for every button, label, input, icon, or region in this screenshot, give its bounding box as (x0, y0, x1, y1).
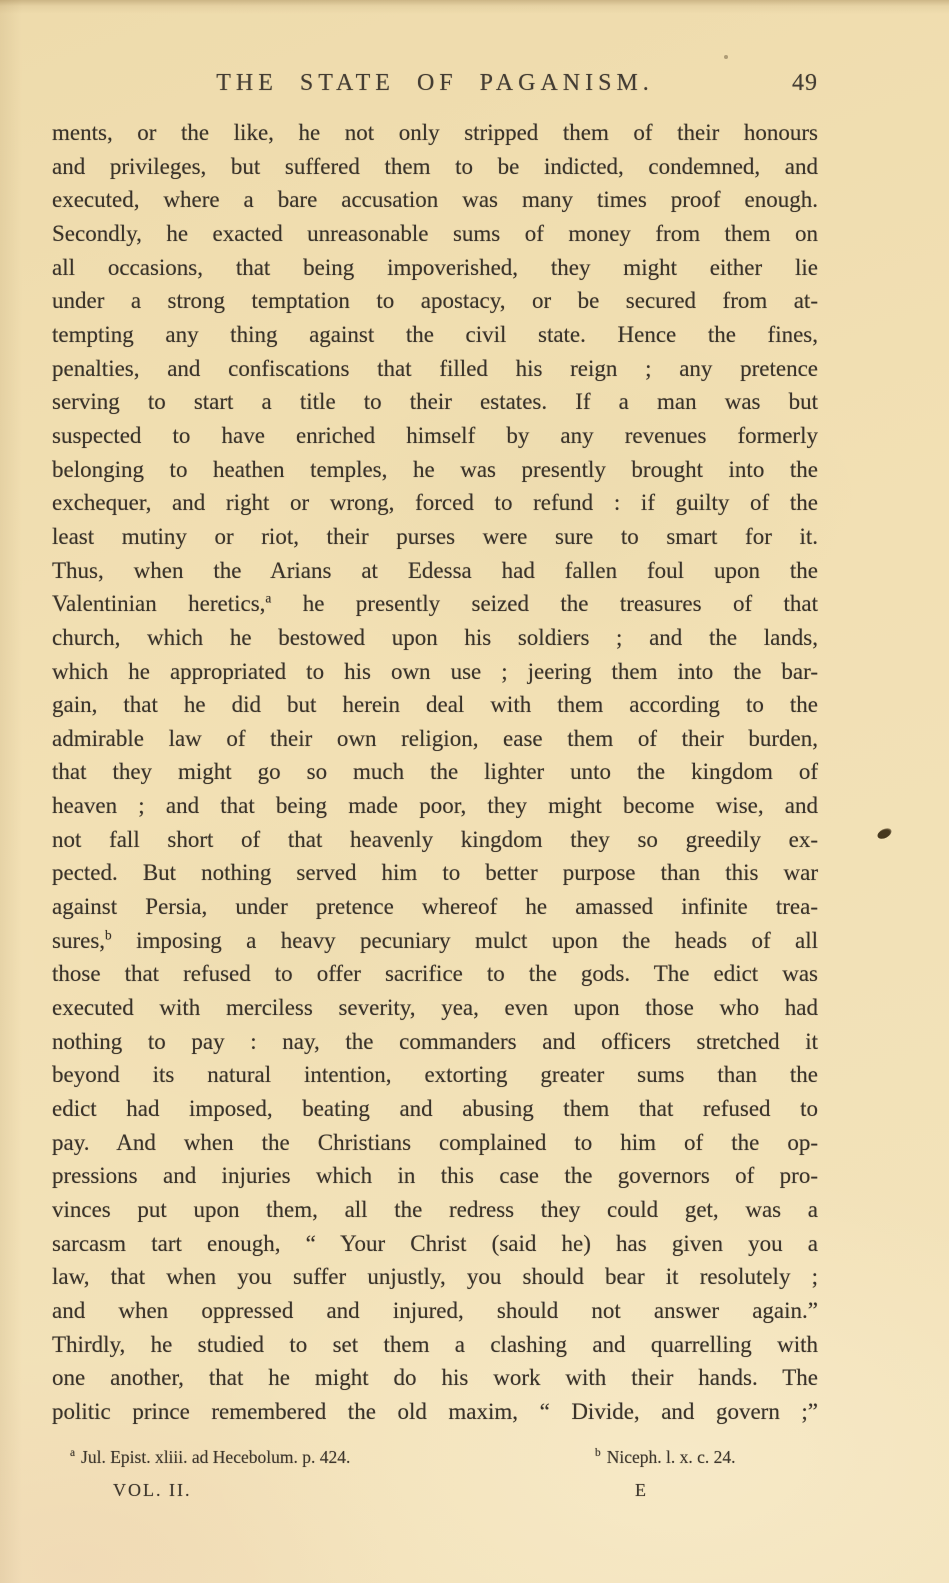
text-line: pected. But nothing served him to better… (52, 856, 818, 890)
text-line: tempting any thing against the civil sta… (52, 318, 818, 352)
text-line: those that refused to offer sacrifice to… (52, 957, 818, 991)
text-line: suspected to have enriched himself by an… (52, 419, 818, 453)
text-line: that they might go so much the lighter u… (52, 755, 818, 789)
text-line: belonging to heathen temples, he was pre… (52, 453, 818, 487)
text-line: and privileges, but suffered them to be … (52, 150, 818, 184)
text-line: church, which he bestowed upon his soldi… (52, 621, 818, 655)
footnotes-row: aJul. Epist. xliii. ad Hecebolum. p. 424… (52, 1447, 818, 1477)
text-line: all occasions, that being impoverished, … (52, 251, 818, 285)
text-line: against Persia, under pretence whereof h… (52, 890, 818, 924)
text-line: heaven ; and that being made poor, they … (52, 789, 818, 823)
text-line: politic prince remembered the old maxim,… (52, 1395, 818, 1429)
text-line: beyond its natural intention, extorting … (52, 1058, 818, 1092)
text-line: executed, where a bare accusation was ma… (52, 183, 818, 217)
text-line: Valentinian heretics,a he presently seiz… (52, 587, 818, 621)
text-line: which he appropriated to his own use ; j… (52, 655, 818, 689)
text-line: Thirdly, he studied to set them a clashi… (52, 1328, 818, 1362)
text-line: gain, that he did but herein deal with t… (52, 688, 818, 722)
footnote-b-marker: b (595, 1447, 601, 1459)
text-line: vinces put upon them, all the redress th… (52, 1193, 818, 1227)
ink-speck (876, 826, 893, 841)
text-line: and when oppressed and injured, should n… (52, 1294, 818, 1328)
text-line: sures,b imposing a heavy pecuniary mulct… (52, 924, 818, 958)
text-line: executed with merciless severity, yea, e… (52, 991, 818, 1025)
text-line: pay. And when the Christians complained … (52, 1126, 818, 1160)
text-line: nothing to pay : nay, the commanders and… (52, 1025, 818, 1059)
text-line: one another, that he might do his work w… (52, 1361, 818, 1395)
text-line: serving to start a title to their estate… (52, 385, 818, 419)
page-number: 49 (52, 70, 818, 97)
volume-label: VOL. II. (113, 1480, 191, 1501)
page-body: ments, or the like, he not only stripped… (52, 116, 818, 1429)
footnote-b: bNiceph. l. x. c. 24. (595, 1447, 735, 1468)
text-line: edict had imposed, beating and abusing t… (52, 1092, 818, 1126)
text-line: least mutiny or riot, their purses were … (52, 520, 818, 554)
footnote-a-marker: a (70, 1447, 75, 1459)
text-line: pressions and injuries which in this cas… (52, 1159, 818, 1193)
text-line: exchequer, and right or wrong, forced to… (52, 486, 818, 520)
book-page-scan: THE STATE OF PAGANISM. 49 ments, or the … (0, 0, 949, 1583)
footnote-a-text: Jul. Epist. xliii. ad Hecebolum. p. 424. (81, 1447, 350, 1467)
footnote-a: aJul. Epist. xliii. ad Hecebolum. p. 424… (70, 1447, 350, 1468)
footnote-b-text: Niceph. l. x. c. 24. (607, 1447, 736, 1467)
text-line: Secondly, he exacted unreasonable sums o… (52, 217, 818, 251)
text-line: Thus, when the Arians at Edessa had fall… (52, 554, 818, 588)
text-line: sarcasm tart enough, “ Your Christ (said… (52, 1227, 818, 1261)
footer-row: VOL. II. E (52, 1480, 818, 1506)
text-line: law, that when you suffer unjustly, you … (52, 1260, 818, 1294)
signature-mark: E (635, 1480, 647, 1501)
text-line: not fall short of that heavenly kingdom … (52, 823, 818, 857)
text-line: penalties, and confiscations that filled… (52, 352, 818, 386)
paper-fleck (724, 55, 728, 59)
text-line: ments, or the like, he not only stripped… (52, 116, 818, 150)
text-line: admirable law of their own religion, eas… (52, 722, 818, 756)
text-line: under a strong temptation to apostacy, o… (52, 284, 818, 318)
